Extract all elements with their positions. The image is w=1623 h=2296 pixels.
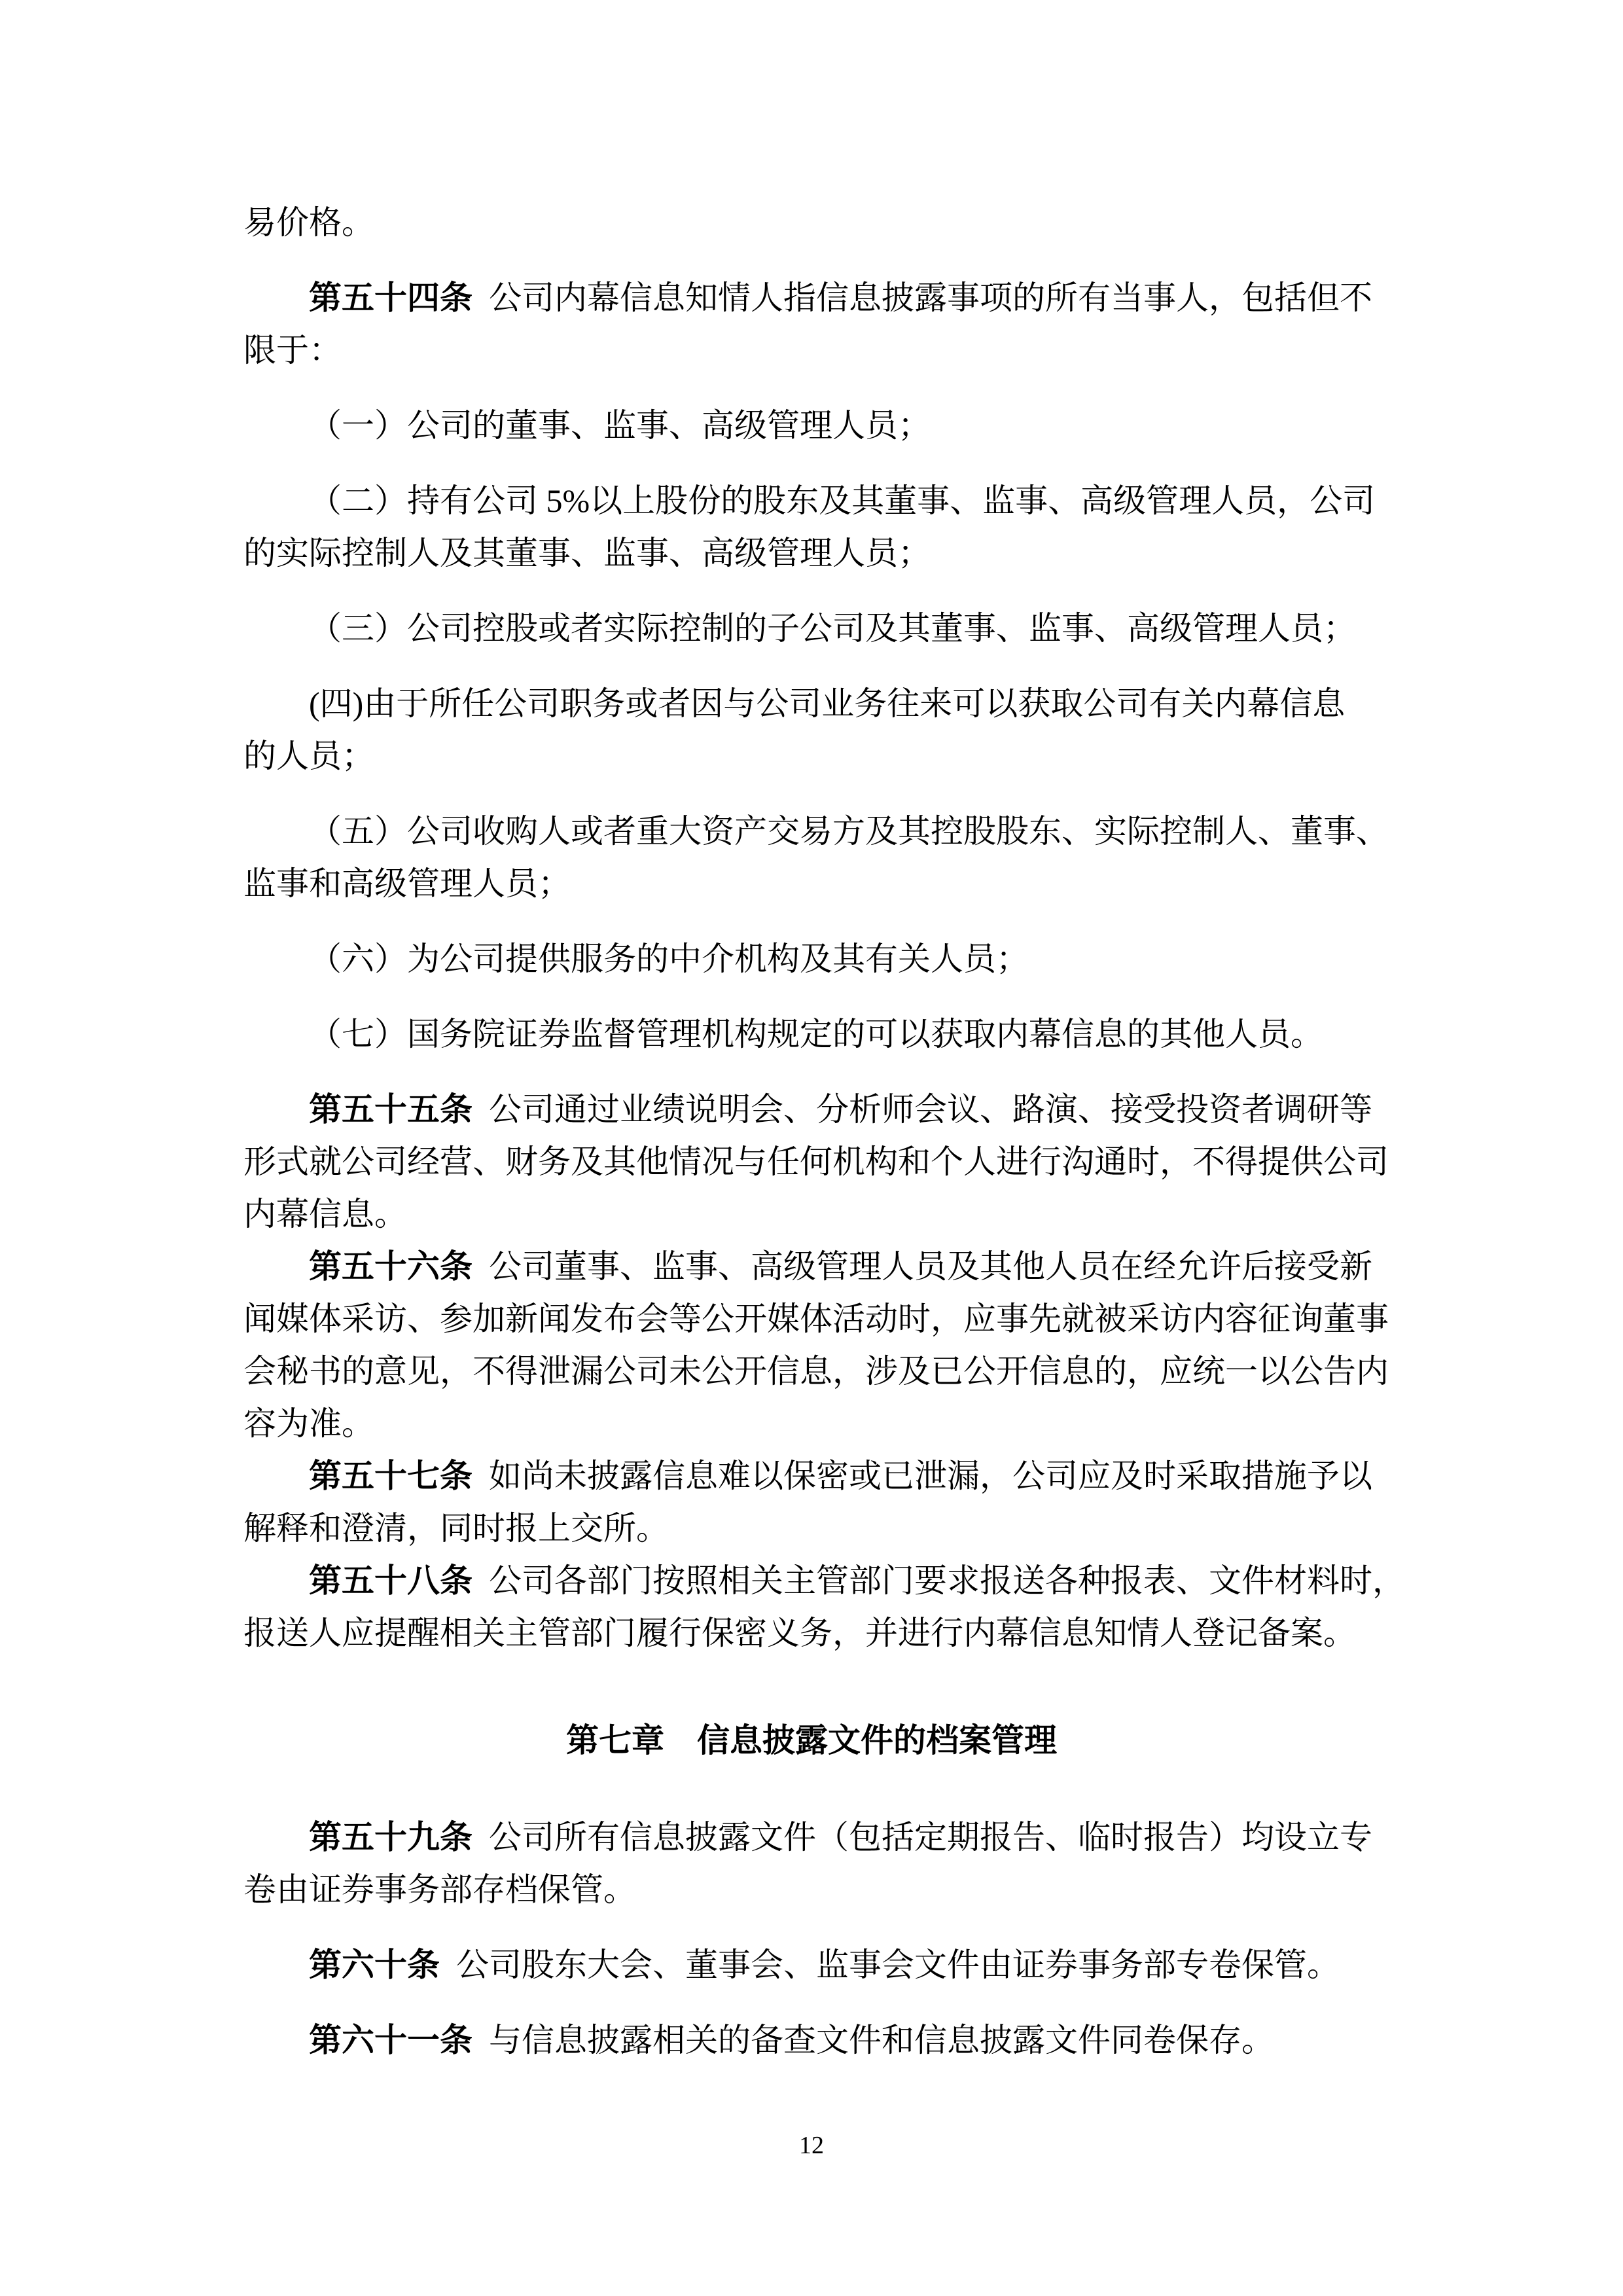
line-text: 内幕信息。	[243, 1196, 407, 1232]
text-line: （一）公司的董事、监事、高级管理人员；	[243, 399, 1380, 452]
line-text: （二）持有公司 5%以上股份的股东及其董事、监事、高级管理人员，公司	[309, 482, 1375, 519]
paragraph: 第五十五条公司通过业绩说明会、分析师会议、路演、接受投资者调研等形式就公司经营、…	[243, 1083, 1380, 1240]
paragraph: 第五十六条公司董事、监事、高级管理人员及其他人员在经允许后接受新闻媒体采访、参加…	[243, 1240, 1380, 1450]
line-text: （六）为公司提供服务的中介机构及其有关人员；	[309, 941, 1029, 977]
text-line: （二）持有公司 5%以上股份的股东及其董事、监事、高级管理人员，公司	[243, 475, 1380, 527]
text-line: 的人员；	[243, 730, 1380, 782]
text-line: 形式就公司经营、财务及其他情况与任何机构和个人进行沟通时，不得提供公司	[243, 1136, 1380, 1188]
paragraph: 第五十四条公司内幕信息知情人指信息披露事项的所有当事人，包括但不限于：	[243, 272, 1380, 376]
article-number: 第五十九条	[309, 1819, 473, 1856]
document-body: 易价格。第五十四条公司内幕信息知情人指信息披露事项的所有当事人，包括但不限于：（…	[243, 196, 1380, 2066]
line-text: （三）公司控股或者实际控制的子公司及其董事、监事、高级管理人员；	[309, 610, 1356, 647]
line-text: （一）公司的董事、监事、高级管理人员；	[309, 407, 931, 444]
text-line: 第五十七条如尚未披露信息难以保密或已泄漏，公司应及时采取措施予以	[243, 1450, 1380, 1502]
text-line: 闻媒体采访、参加新闻发布会等公开媒体活动时，应事先就被采访内容征询董事	[243, 1293, 1380, 1345]
text-line: 容为准。	[243, 1397, 1380, 1450]
line-text: 卷由证券事务部存档保管。	[243, 1871, 636, 1908]
text-line: （五）公司收购人或者重大资产交易方及其控股股东、实际控制人、董事、	[243, 805, 1380, 857]
article-number: 第五十六条	[309, 1248, 473, 1285]
line-text: 容为准。	[243, 1405, 374, 1442]
paragraph: （七）国务院证券监督管理机构规定的可以获取内幕信息的其他人员。	[243, 1008, 1380, 1060]
text-line: 限于：	[243, 324, 1380, 376]
text-line: 监事和高级管理人员；	[243, 857, 1380, 910]
text-line: 卷由证券事务部存档保管。	[243, 1863, 1380, 1916]
chapter-title: 信息披露文件的档案管理	[697, 1722, 1057, 1759]
paragraph: （一）公司的董事、监事、高级管理人员；	[243, 399, 1380, 452]
line-text: 报送人应提醒相关主管部门履行保密义务，并进行内幕信息知情人登记备案。	[243, 1615, 1356, 1651]
text-line: 易价格。	[243, 196, 1380, 249]
article-number: 第六十条	[309, 1946, 440, 1983]
line-text: 解释和澄清，同时报上交所。	[243, 1510, 669, 1547]
paragraph: 第五十七条如尚未披露信息难以保密或已泄漏，公司应及时采取措施予以解释和澄清，同时…	[243, 1450, 1380, 1554]
line-text: （七）国务院证券监督管理机构规定的可以获取内幕信息的其他人员。	[309, 1016, 1323, 1052]
text-line: (四)由于所任公司职务或者因与公司业务往来可以获取公司有关内幕信息	[243, 677, 1380, 730]
article-number: 第五十五条	[309, 1091, 473, 1128]
paragraph: (四)由于所任公司职务或者因与公司业务往来可以获取公司有关内幕信息的人员；	[243, 677, 1380, 782]
line-text: 公司各部门按照相关主管部门要求报送各种报表、文件材料时，	[489, 1562, 1405, 1599]
paragraph: （二）持有公司 5%以上股份的股东及其董事、监事、高级管理人员，公司的实际控制人…	[243, 475, 1380, 579]
article-number: 第五十八条	[309, 1562, 473, 1599]
document-page: 易价格。第五十四条公司内幕信息知情人指信息披露事项的所有当事人，包括但不限于：（…	[0, 0, 1623, 2296]
article-number: 第六十一条	[309, 2022, 473, 2058]
text-line: 内幕信息。	[243, 1188, 1380, 1240]
line-text: 与信息披露相关的备查文件和信息披露文件同卷保存。	[489, 2022, 1274, 2058]
text-line: 第五十五条公司通过业绩说明会、分析师会议、路演、接受投资者调研等	[243, 1083, 1380, 1136]
paragraph: 第六十一条与信息披露相关的备查文件和信息披露文件同卷保存。	[243, 2014, 1380, 2066]
text-line: （三）公司控股或者实际控制的子公司及其董事、监事、高级管理人员；	[243, 602, 1380, 655]
paragraph: （六）为公司提供服务的中介机构及其有关人员；	[243, 933, 1380, 985]
text-line: 第五十八条公司各部门按照相关主管部门要求报送各种报表、文件材料时，	[243, 1554, 1380, 1607]
line-text: 公司董事、监事、高级管理人员及其他人员在经允许后接受新	[489, 1248, 1372, 1285]
chapter-heading: 第七章信息披露文件的档案管理	[243, 1714, 1380, 1767]
line-text: 公司内幕信息知情人指信息披露事项的所有当事人，包括但不	[489, 279, 1372, 316]
line-text: (四)由于所任公司职务或者因与公司业务往来可以获取公司有关内幕信息	[309, 685, 1345, 722]
paragraph: 第六十条公司股东大会、董事会、监事会文件由证券事务部专卷保管。	[243, 1939, 1380, 1991]
text-line: 第五十九条公司所有信息披露文件（包括定期报告、临时报告）均设立专	[243, 1811, 1380, 1863]
text-line: （六）为公司提供服务的中介机构及其有关人员；	[243, 933, 1380, 985]
text-line: 第五十四条公司内幕信息知情人指信息披露事项的所有当事人，包括但不	[243, 272, 1380, 324]
line-text: 公司所有信息披露文件（包括定期报告、临时报告）均设立专	[489, 1819, 1372, 1856]
text-line: 报送人应提醒相关主管部门履行保密义务，并进行内幕信息知情人登记备案。	[243, 1607, 1380, 1659]
line-text: 限于：	[243, 332, 342, 368]
text-line: 第六十条公司股东大会、董事会、监事会文件由证券事务部专卷保管。	[243, 1939, 1380, 1991]
text-line: 的实际控制人及其董事、监事、高级管理人员；	[243, 527, 1380, 579]
line-text: （五）公司收购人或者重大资产交易方及其控股股东、实际控制人、董事、	[309, 813, 1389, 850]
line-text: 公司股东大会、董事会、监事会文件由证券事务部专卷保管。	[456, 1946, 1340, 1983]
line-text: 闻媒体采访、参加新闻发布会等公开媒体活动时，应事先就被采访内容征询董事	[243, 1300, 1389, 1337]
text-line: 会秘书的意见，不得泄漏公司未公开信息，涉及已公开信息的，应统一以公告内	[243, 1345, 1380, 1397]
paragraph: （三）公司控股或者实际控制的子公司及其董事、监事、高级管理人员；	[243, 602, 1380, 655]
text-line: 第五十六条公司董事、监事、高级管理人员及其他人员在经允许后接受新	[243, 1240, 1380, 1293]
paragraph: 易价格。	[243, 196, 1380, 249]
page-number: 12	[0, 2126, 1623, 2165]
paragraph: （五）公司收购人或者重大资产交易方及其控股股东、实际控制人、董事、监事和高级管理…	[243, 805, 1380, 910]
line-text: 监事和高级管理人员；	[243, 865, 571, 902]
text-line: （七）国务院证券监督管理机构规定的可以获取内幕信息的其他人员。	[243, 1008, 1380, 1060]
line-text: 如尚未披露信息难以保密或已泄漏，公司应及时采取措施予以	[489, 1458, 1372, 1494]
line-text: 形式就公司经营、财务及其他情况与任何机构和个人进行沟通时，不得提供公司	[243, 1143, 1389, 1180]
line-text: 会秘书的意见，不得泄漏公司未公开信息，涉及已公开信息的，应统一以公告内	[243, 1353, 1389, 1390]
article-number: 第五十四条	[309, 279, 473, 316]
paragraph: 第五十九条公司所有信息披露文件（包括定期报告、临时报告）均设立专卷由证券事务部存…	[243, 1811, 1380, 1916]
article-number: 第五十七条	[309, 1458, 473, 1494]
line-text: 公司通过业绩说明会、分析师会议、路演、接受投资者调研等	[489, 1091, 1372, 1128]
line-text: 易价格。	[243, 204, 374, 241]
chapter-number: 第七章	[566, 1722, 664, 1759]
paragraph: 第五十八条公司各部门按照相关主管部门要求报送各种报表、文件材料时，报送人应提醒相…	[243, 1554, 1380, 1659]
line-text: 的实际控制人及其董事、监事、高级管理人员；	[243, 535, 931, 571]
line-text: 的人员；	[243, 738, 374, 774]
text-line: 第六十一条与信息披露相关的备查文件和信息披露文件同卷保存。	[243, 2014, 1380, 2066]
text-line: 解释和澄清，同时报上交所。	[243, 1502, 1380, 1554]
